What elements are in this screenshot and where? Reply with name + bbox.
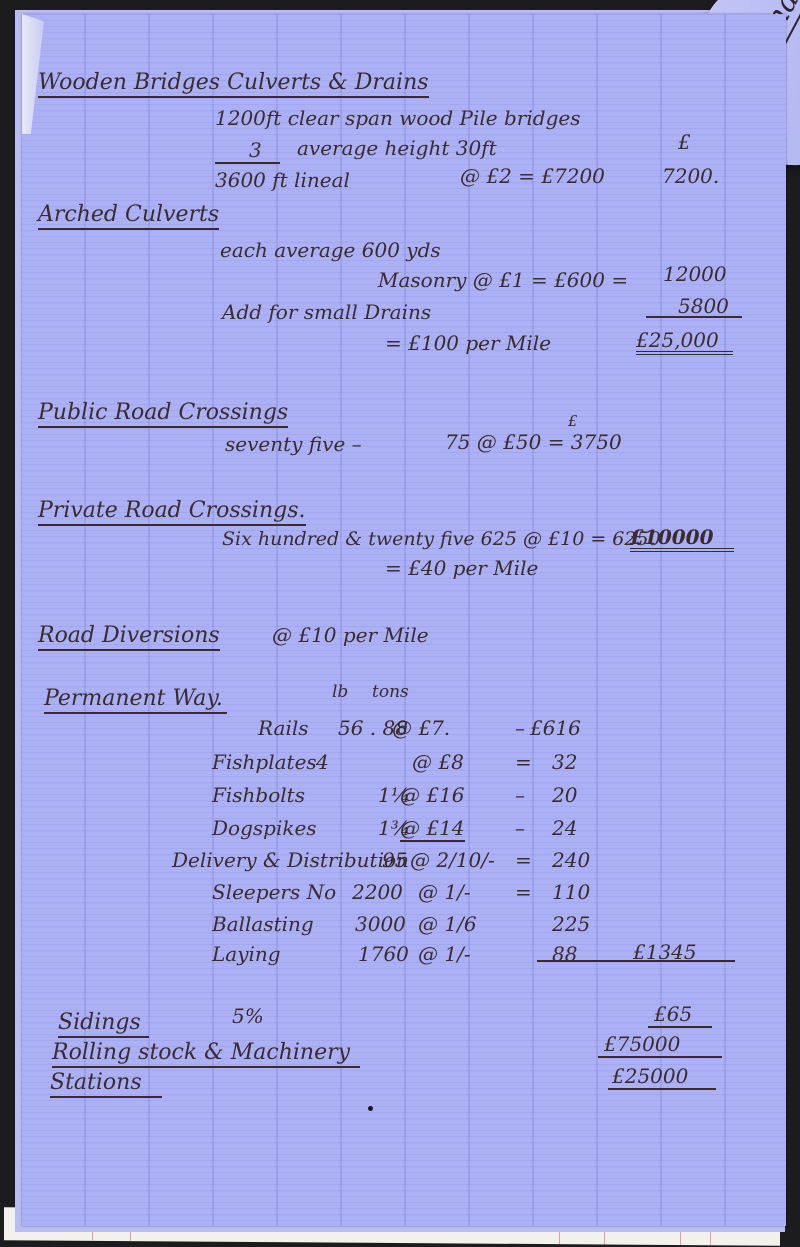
public-crossings-calc: 75 @ £50 = 3750 xyxy=(445,432,622,452)
item-label: Ballasting xyxy=(212,914,314,934)
stations-amount: £25000 xyxy=(608,1066,716,1090)
rolling-stock-label: Rolling stock & Machinery xyxy=(52,1042,360,1068)
item-amount: 32 xyxy=(552,752,577,772)
item-equals: – xyxy=(515,785,525,805)
item-rate: @ 1/- xyxy=(418,944,471,964)
item-label: Fishbolts xyxy=(212,785,305,805)
culverts-line-1: each average 600 yds xyxy=(220,240,441,260)
public-crossings-currency: £ xyxy=(568,414,578,429)
culverts-amount-drains: 5800 xyxy=(678,296,729,316)
sidings-amount: £65 xyxy=(648,1004,712,1028)
item-quantity: 95 xyxy=(382,850,407,870)
public-crossings-line-1: seventy five – xyxy=(225,434,362,454)
column-lb: lb xyxy=(332,684,348,701)
item-equals: – xyxy=(515,718,525,738)
item-rate: @ £7. xyxy=(392,718,450,738)
column-tons: tons xyxy=(372,684,409,701)
item-amount: 225 xyxy=(552,914,590,934)
item-label: Dogspikes xyxy=(212,818,317,838)
private-crossings-total: £10000 xyxy=(630,527,734,552)
private-crossings-line-1: Six hundred & twenty five 625 @ £10 = 62… xyxy=(222,530,661,549)
heading-public-road-crossings: Public Road Crossings xyxy=(38,402,288,428)
sidings-note: 5% xyxy=(232,1006,264,1026)
bridges-line-2: average height 30ft xyxy=(297,138,497,158)
item-rate: @ £8 xyxy=(412,752,464,772)
item-amount: 110 xyxy=(552,882,590,902)
bridges-currency: £ xyxy=(678,132,691,152)
sidings-label: Sidings xyxy=(58,1012,149,1038)
item-label: Laying xyxy=(212,944,281,964)
culverts-line-4: = £100 per Mile xyxy=(385,333,551,353)
item-label: Sleepers No xyxy=(212,882,336,902)
culverts-line-2: Masonry @ £1 = £600 = xyxy=(378,270,628,290)
subtotal-rule xyxy=(646,316,742,318)
bridges-line-1: 1200ft clear span wood Pile bridges xyxy=(215,108,580,128)
bridges-count: 3 xyxy=(215,140,280,164)
heading-road-diversions: Road Diversions xyxy=(38,625,220,651)
road-diversions-rate: @ £10 per Mile xyxy=(272,625,429,645)
item-rate: @ £14 xyxy=(400,818,465,842)
item-quantity: 2200 xyxy=(352,882,403,902)
culverts-total: £25,000 xyxy=(636,330,733,355)
bridges-line-3-calc: @ £2 = £7200 xyxy=(460,166,605,186)
item-amount: 24 xyxy=(552,818,577,838)
private-crossings-line-2: = £40 per Mile xyxy=(385,558,538,578)
culverts-amount-masonry: 12000 xyxy=(663,264,727,284)
bridges-amount: 7200. xyxy=(662,166,719,186)
item-label: Fishplates xyxy=(212,752,317,772)
bridges-line-3: 3600 ft lineal xyxy=(215,170,350,190)
item-equals: = xyxy=(515,752,532,772)
item-amount: 240 xyxy=(552,850,590,870)
item-quantity: 3000 xyxy=(355,914,406,934)
culverts-line-3: Add for small Drains xyxy=(222,302,431,322)
rolling-stock-amount: £75000 xyxy=(598,1034,722,1058)
item-amount: £616 xyxy=(530,718,581,738)
item-equals: = xyxy=(515,882,532,902)
heading-wooden-bridges: Wooden Bridges Culverts & Drains xyxy=(38,72,429,98)
item-label: Delivery & Distribution xyxy=(172,850,409,870)
heading-private-road-crossings: Private Road Crossings. xyxy=(38,500,306,526)
ink-blot xyxy=(368,1106,373,1111)
item-equals: – xyxy=(515,818,525,838)
item-quantity: 1760 xyxy=(358,944,409,964)
item-rate: @ 1/- xyxy=(418,882,471,902)
stations-label: Stations xyxy=(50,1072,162,1098)
item-rate: @ 1/6 xyxy=(418,914,477,934)
item-equals: = xyxy=(515,850,532,870)
item-label: Rails xyxy=(258,718,309,738)
item-rate: @ 2/10/- xyxy=(410,850,495,870)
permanent-way-total: £1345 xyxy=(633,942,697,962)
heading-arched-culverts: Arched Culverts xyxy=(38,204,219,230)
heading-permanent-way: Permanent Way. xyxy=(44,688,227,714)
item-rate: @ £16 xyxy=(400,785,465,805)
item-quantity: 4 xyxy=(316,752,329,772)
item-amount: 20 xyxy=(552,785,577,805)
